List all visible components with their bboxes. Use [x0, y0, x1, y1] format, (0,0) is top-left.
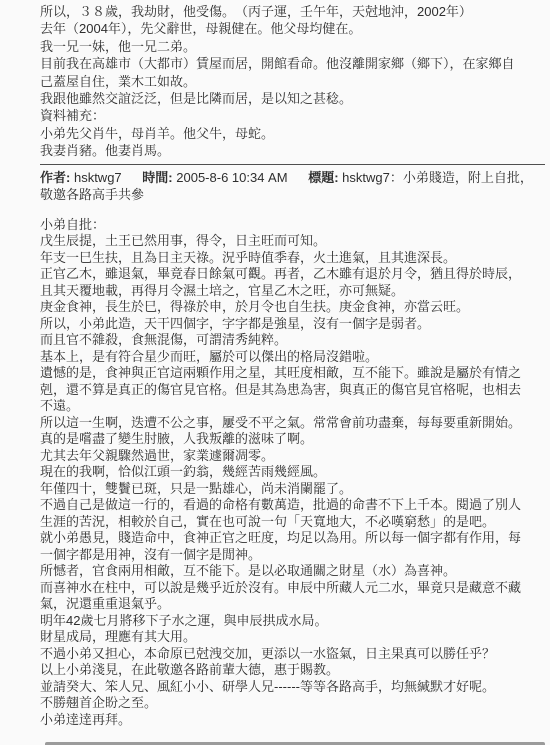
post-paragraph: 正官乙木，雖退氣，畢竟春日餘氣可觀。再者，乙木雖有退於月令，猶且得於時辰，且其天… — [40, 266, 524, 299]
post-paragraph: 我跟他雖然交誼泛泛，但是比隣而居，是以知之甚稔。 — [40, 90, 524, 107]
post-paragraph: 尤其去年父親驟然過世，家業遽爾凋零。 — [40, 448, 524, 465]
post-paragraph: 所以，３８歲，我劫財，他受傷。 （丙子運，壬午年，天尅地沖，2002年） — [40, 3, 524, 20]
post-paragraph: 所憾者，官食兩用相敵，互不能下。是以必取通關之財星（水）為喜神。 — [40, 563, 524, 580]
post-paragraph: 所以，小弟此造，天干四個字，字字都是強星，沒有一個字是弱者。 — [40, 316, 524, 333]
post-paragraph: 去年（2004年），先父辭世，母親健在。他父母均健在。 — [40, 20, 524, 37]
field-value: 2005-8-6 10:34 AM — [176, 170, 287, 185]
field-label: 時間: — [142, 170, 172, 185]
field-label: 標題: — [308, 170, 338, 185]
post-paragraph: 我妻肖豬。他妻肖馬。 — [40, 142, 524, 159]
post-paragraph: 明年42歲七月將移下子水之運，與申辰拱成水局。 — [40, 613, 524, 630]
post-divider — [40, 164, 545, 165]
post-paragraph: 而且官不雜殺，食無混傷，可謂清秀純粹。 — [40, 332, 524, 349]
post-body: 小弟自批： 戊生辰提，土王已然用事，得令，日主旺而可知。 年支一巳生扶，且為日主… — [40, 217, 545, 729]
post-paragraph: 我一兄一妹，他一兄二弟。 — [40, 38, 524, 55]
field-label: 作者: — [40, 170, 70, 185]
post-paragraph: 而喜神水在柱中，可以說是幾乎近於沒有。申辰中所藏人元二水，畢竟只是藏意不藏氣，況… — [40, 580, 524, 613]
post-paragraph: 財星成局，理應有其大用。 — [40, 629, 524, 646]
post-paragraph: 真的是嚐盡了變生肘腋，人我叛離的滋味了啊。 — [40, 431, 524, 448]
post-paragraph: 小弟自批： — [40, 217, 524, 234]
post-paragraph: 目前我在高雄市（大都市）賃屋而居，開館看命。他沒離開家鄉（鄉下），在家鄉自己蓋屋… — [40, 55, 524, 90]
post-paragraph: 不過小弟又担心，本命原已尅洩交加，更添以一水盜氣，日主果真可以勝任乎？ — [40, 646, 524, 663]
previous-post-content: 所以，３８歲，我劫財，他受傷。 （丙子運，壬午年，天尅地沖，2002年） 去年（… — [40, 3, 545, 160]
forum-post-page: 所以，３８歲，我劫財，他受傷。 （丙子運，壬午年，天尅地沖，2002年） 去年（… — [0, 0, 550, 728]
post-header: 作者: hsktwg7 時間: 2005-8-6 10:34 AM 標題: hs… — [40, 169, 540, 204]
field-value: hsktwg7 — [74, 170, 122, 185]
post-paragraph: 不勝翹首企盼之至。 — [40, 695, 524, 712]
post-paragraph: 以上小弟淺見，在此敬邀各路前輩大德，惠于賜教。 — [40, 662, 524, 679]
header-field: 作者: hsktwg7 — [40, 170, 122, 185]
post-paragraph: 基本上，是有符合星少而旺，屬於可以傑出的格局沒錯啦。 — [40, 349, 524, 366]
post-paragraph: 並請癸大、笨人兄、風紅小小、研學人兄------等等各路高手，均無緘默才好呢。 — [40, 679, 524, 696]
post-paragraph: 就小弟愚見，賤造命中，食神正官之旺度，均足以為用。所以每一個字都有作用，每一個字… — [40, 530, 524, 563]
post-paragraph: 年支一巳生扶，且為日主天祿。況乎時值季春，火土進氣，且其進深長。 — [40, 250, 524, 267]
post-paragraph: 年僅四十，雙鬢已斑，只是一點雄心，尚未消闌罷了。 — [40, 481, 524, 498]
header-field: 時間: 2005-8-6 10:34 AM — [142, 170, 287, 185]
post-paragraph: 小弟逹逹再拜。 — [40, 712, 524, 729]
post-paragraph: 所以這一生啊，迭遭不公之事，屢受不平之氣。常常會前功盡棄，每每要重新開始。 — [40, 415, 524, 432]
post-paragraph: 庚金食神，長生於巳，得祿於申，於月令也自生扶。庚金食神，亦當云旺。 — [40, 299, 524, 316]
post-paragraph: 資料補充： — [40, 107, 524, 124]
post-paragraph: 現在的我啊，恰似江頭一釣翁，幾經苦雨幾經風。 — [40, 464, 524, 481]
post-paragraph: 戊生辰提，土王已然用事，得令，日主旺而可知。 — [40, 233, 524, 250]
post-paragraph: 不過自己是做這一行的，看過的命格有數萬造，批過的命書不下上千本。閱過了別人生涯的… — [40, 497, 524, 530]
post-paragraph: 小弟先父肖牛，母肖羊。他父牛，母蛇。 — [40, 125, 524, 142]
post-paragraph: 遺憾的是，食神與正官這兩顆作用之星，其旺度相敵，互不能下。雖說是屬於有情之剋，還… — [40, 365, 524, 415]
